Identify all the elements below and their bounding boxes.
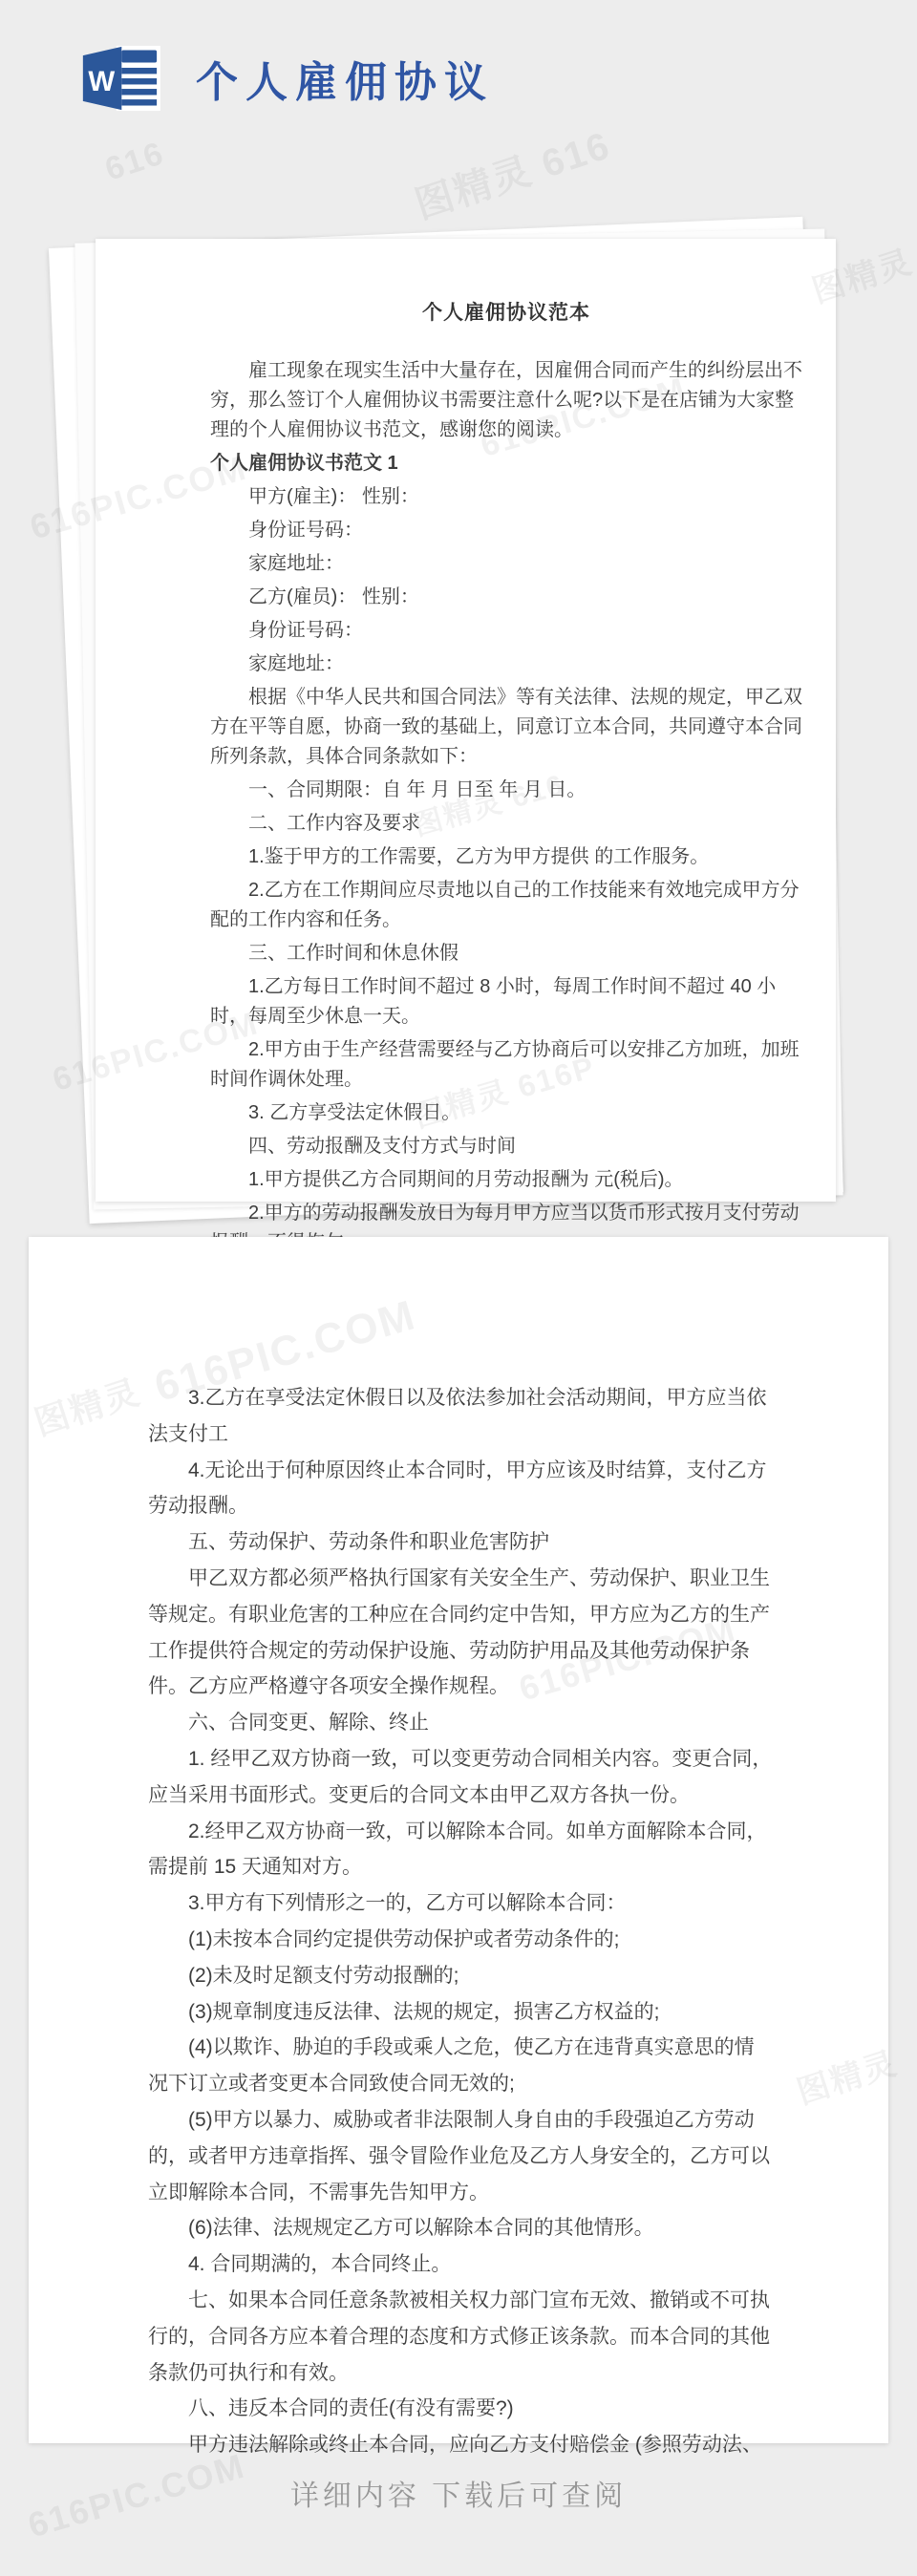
paragraph-line: 甲乙双方都必须严格执行国家有关安全生产、劳动保护、职业卫生等规定。有职业危害的工… (148, 1561, 774, 1705)
paragraph-line: 4. 合同期满的，本合同终止。 (148, 2246, 774, 2283)
document-page-1: 个人雇佣协议范本 雇工现象在现实生活中大量存在，因雇佣合同而产生的纠纷层出不穷，… (96, 239, 836, 1202)
paragraph-line: 八、违反本合同的责任(有没有需要?) (148, 2391, 774, 2427)
paragraph-line: 1.鉴于甲方的工作需要，乙方为甲方提供 的工作服务。 (210, 842, 802, 872)
paragraph-line: (6)法律、法规规定乙方可以解除本合同的其他情形。 (148, 2210, 774, 2246)
paragraph-line: (4)以欺诈、胁迫的手段或乘人之危，使乙方在违背真实意思的情况下订立或者变更本合… (148, 2030, 774, 2102)
paragraph-line: 家庭地址： (210, 649, 802, 679)
paragraph-line: 甲方(雇主)： 性别： (210, 482, 802, 512)
paragraph-line: 五、劳动保护、劳动条件和职业危害防护 (148, 1524, 774, 1561)
paragraph-line: 3.甲方有下列情形之一的，乙方可以解除本合同： (148, 1885, 774, 1922)
page-title: 个人雇佣协议 (196, 48, 494, 109)
paragraph-line: 1. 经甲乙双方协商一致，可以变更劳动合同相关内容。变更合同，应当采用书面形式。… (148, 1741, 774, 1814)
document-title: 个人雇佣协议范本 (210, 298, 802, 330)
header: W 个人雇佣协议 (81, 40, 494, 117)
paragraph-line: 三、工作时间和休息休假 (210, 939, 802, 969)
paragraph-line: (2)未及时足额支付劳动报酬的; (148, 1958, 774, 1994)
paragraph-line: (5)甲方以暴力、威胁或者非法限制人身自由的手段强迫乙方劳动的，或者甲方违章指挥… (148, 2102, 774, 2210)
paragraph-line: 个人雇佣协议书范文 1 (210, 449, 802, 479)
paragraph-line: 甲方违法解除或终止本合同，应向乙方支付赔偿金 (参照劳动法、 (148, 2427, 774, 2463)
paragraph-line: 3. 乙方享受法定休假日。 (210, 1098, 802, 1128)
paragraph-line: 2.乙方在工作期间应尽责地以自己的工作技能来有效地完成甲方分配的工作内容和任务。 (210, 876, 802, 935)
watermark: 图精灵 616 (407, 116, 616, 230)
watermark: 616 (101, 135, 170, 188)
paragraph-line: 4.无论出于何种原因终止本合同时，甲方应该及时结算，支付乙方劳动报酬。 (148, 1453, 774, 1525)
paragraph-line: (3)规章制度违反法律、法规的规定，损害乙方权益的; (148, 1994, 774, 2031)
word-letter: W (88, 66, 115, 97)
footer-caption: 详细内容 下载后可查阅 (0, 2472, 917, 2514)
paragraph-line: 1.乙方每日工作时间不超过 8 小时，每周工作时间不超过 40 小时，每周至少休… (210, 972, 802, 1032)
paragraph-line: 3.乙方在享受法定休假日以及依法参加社会活动期间，甲方应当依法支付工 (148, 1380, 774, 1453)
paragraph-line: 根据《中华人民共和国合同法》等有关法律、法规的规定，甲乙双方在平等自愿，协商一致… (210, 683, 802, 772)
paragraph-line: 身份证号码： (210, 616, 802, 646)
paragraph-line: 雇工现象在现实生活中大量存在，因雇佣合同而产生的纠纷层出不穷，那么签订个人雇佣协… (210, 356, 802, 445)
paragraph-line: 乙方(雇员)： 性别： (210, 583, 802, 612)
document-preview-canvas: W 个人雇佣协议 个人雇佣协议范本 雇工现象在现实生活中大量存在，因雇佣合同而产… (0, 0, 917, 2576)
word-logo-icon: W (81, 43, 169, 114)
document-page-2: 3.乙方在享受法定休假日以及依法参加社会活动期间，甲方应当依法支付工 4.无论出… (29, 1237, 888, 2443)
paragraph-line: (1)未按本合同约定提供劳动保护或者劳动条件的; (148, 1922, 774, 1958)
paragraph-line: 1.甲方提供乙方合同期间的月劳动报酬为 元(税后)。 (210, 1165, 802, 1195)
paragraph-line: 二、工作内容及要求 (210, 809, 802, 839)
paragraph-line: 2.甲方由于生产经营需要经与乙方协商后可以安排乙方加班，加班时间作调休处理。 (210, 1035, 802, 1095)
paragraph-line: 家庭地址： (210, 549, 802, 579)
paragraph-line: 七、如果本合同任意条款被相关权力部门宣布无效、撤销或不可执行的，合同各方应本着合… (148, 2283, 774, 2391)
paragraph-line: 2.经甲乙双方协商一致，可以解除本合同。如单方面解除本合同，需提前 15 天通知… (148, 1814, 774, 1886)
paragraph-line: 四、劳动报酬及支付方式与时间 (210, 1132, 802, 1161)
paragraph-line: 一、合同期限：自 年 月 日至 年 月 日。 (210, 776, 802, 805)
paragraph-line: 六、合同变更、解除、终止 (148, 1705, 774, 1741)
paragraph-line: 身份证号码： (210, 516, 802, 545)
